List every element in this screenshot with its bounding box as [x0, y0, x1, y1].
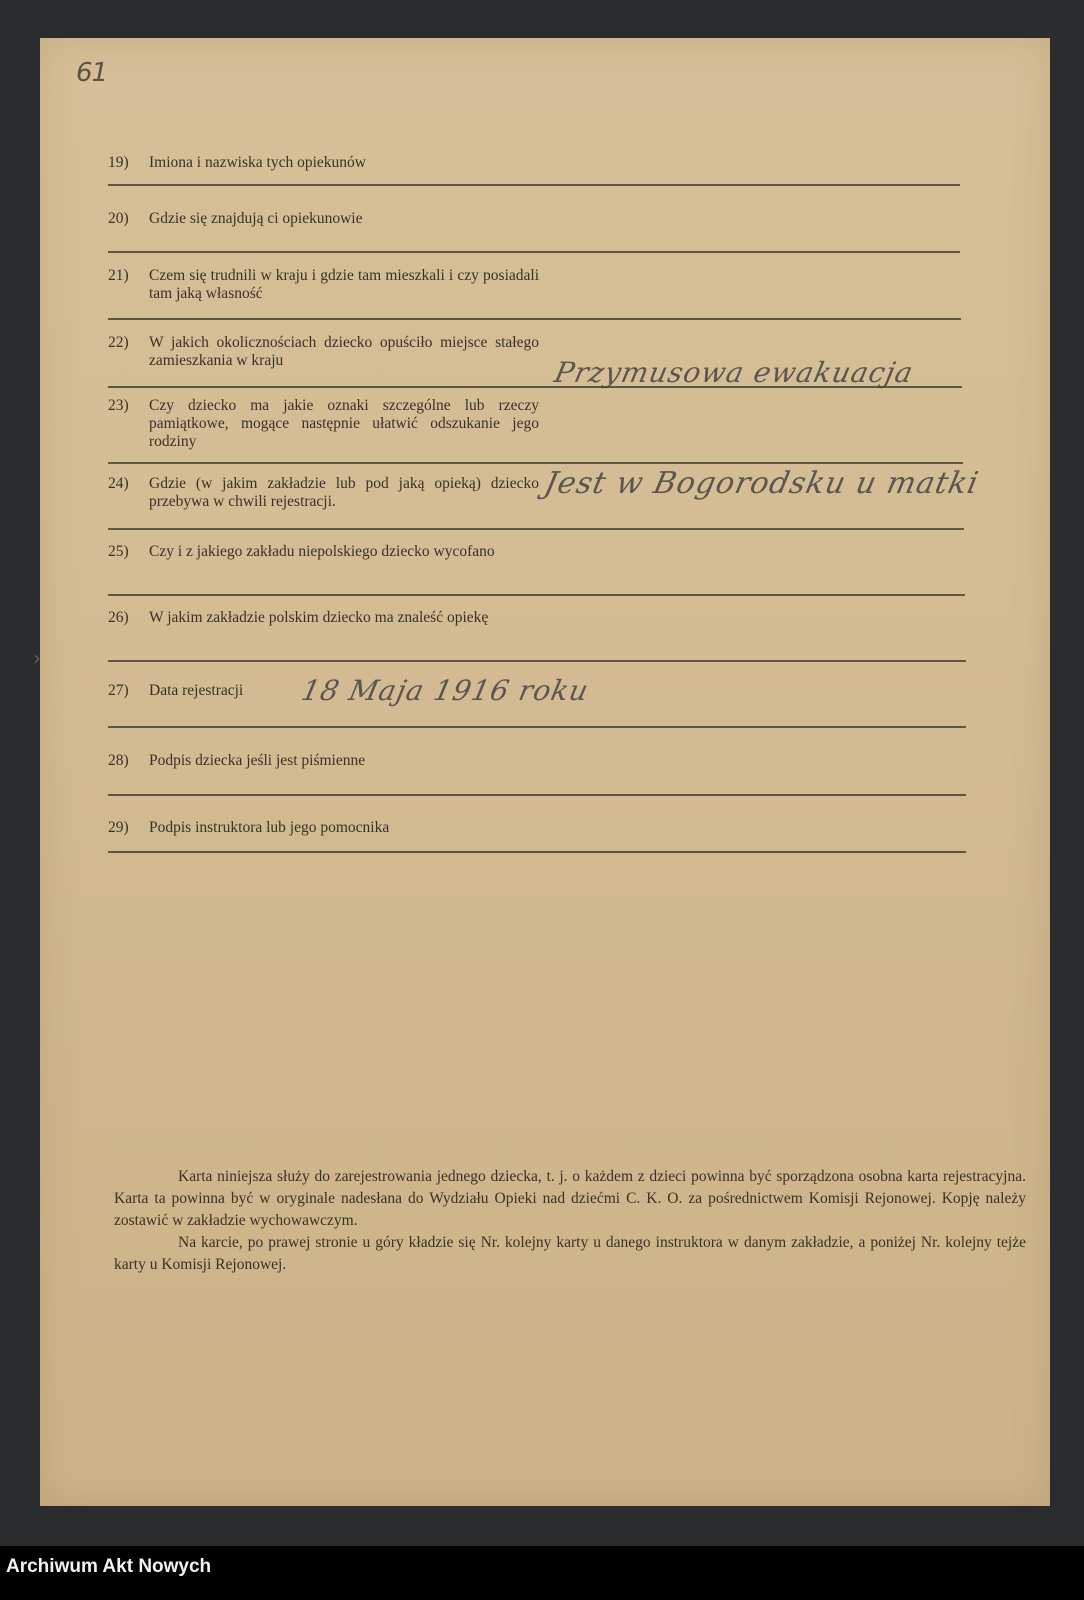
archive-name: Archiwum Akt Nowych: [6, 1556, 211, 1578]
field-label: Podpis dziecka jeśli jest piśmienne: [149, 752, 709, 770]
answer-line-29: [108, 851, 966, 853]
field-label: Czem się trudnili w kraju i gdzie tam mi…: [149, 267, 539, 303]
field-number: 27): [108, 682, 148, 700]
field-label: Czy dziecko ma jakie oznaki szczególne l…: [149, 397, 539, 451]
answer-line-20: [108, 251, 960, 253]
handwritten-answer-22: Przymusowa ewakuacja: [551, 356, 916, 389]
handwritten-answer-24: Jest w Bogorodsku u matki: [541, 466, 982, 501]
answer-line-19: [108, 184, 960, 186]
answer-line-25: [108, 594, 965, 596]
field-label: Podpis instruktora lub jego pomocnika: [149, 819, 709, 837]
footer-bar: Archiwum Akt Nowych: [0, 1546, 1084, 1600]
field-label: Czy i z jakiego zakładu niepolskiego dzi…: [149, 543, 539, 561]
answer-line-26: [108, 660, 966, 662]
field-number: 25): [108, 543, 148, 561]
footnote-paragraph-2: Na karcie, po prawej stronie u góry kład…: [114, 1232, 1026, 1276]
pencil-mark-icon: ›: [33, 646, 41, 670]
field-label: W jakich okolicznościach dziecko opuścił…: [149, 334, 539, 370]
field-number: 22): [108, 334, 148, 352]
field-number: 20): [108, 210, 148, 228]
field-label: W jakim zakładzie polskim dziecko ma zna…: [149, 609, 539, 627]
answer-line-27: [108, 726, 966, 728]
handwritten-answer-27: 18 Maja 1916 roku: [298, 674, 592, 707]
field-number: 29): [108, 819, 148, 837]
field-number: 24): [108, 475, 148, 493]
field-number: 23): [108, 397, 148, 415]
field-number: 21): [108, 267, 148, 285]
field-label: Gdzie się znajdują ci opiekunowie: [149, 210, 709, 228]
folio-number: 61: [76, 58, 107, 88]
field-label: Imiona i nazwiska tych opiekunów: [149, 154, 709, 172]
answer-line-21: [108, 318, 961, 320]
field-number: 19): [108, 154, 148, 172]
answer-line-23: [108, 462, 963, 464]
instructions-footnote: Karta niniejsza służy do zarejestrowania…: [114, 1166, 1026, 1276]
field-label: Gdzie (w jakim zakładzie lub pod jaką op…: [149, 475, 539, 511]
answer-line-24: [108, 528, 964, 530]
archival-document-page: 61 19) Imiona i nazwiska tych opiekunów …: [40, 38, 1050, 1506]
field-number: 26): [108, 609, 148, 627]
answer-line-22: [108, 386, 962, 388]
footnote-paragraph-1: Karta niniejsza służy do zarejestrowania…: [114, 1166, 1026, 1232]
field-number: 28): [108, 752, 148, 770]
answer-line-28: [108, 794, 966, 796]
